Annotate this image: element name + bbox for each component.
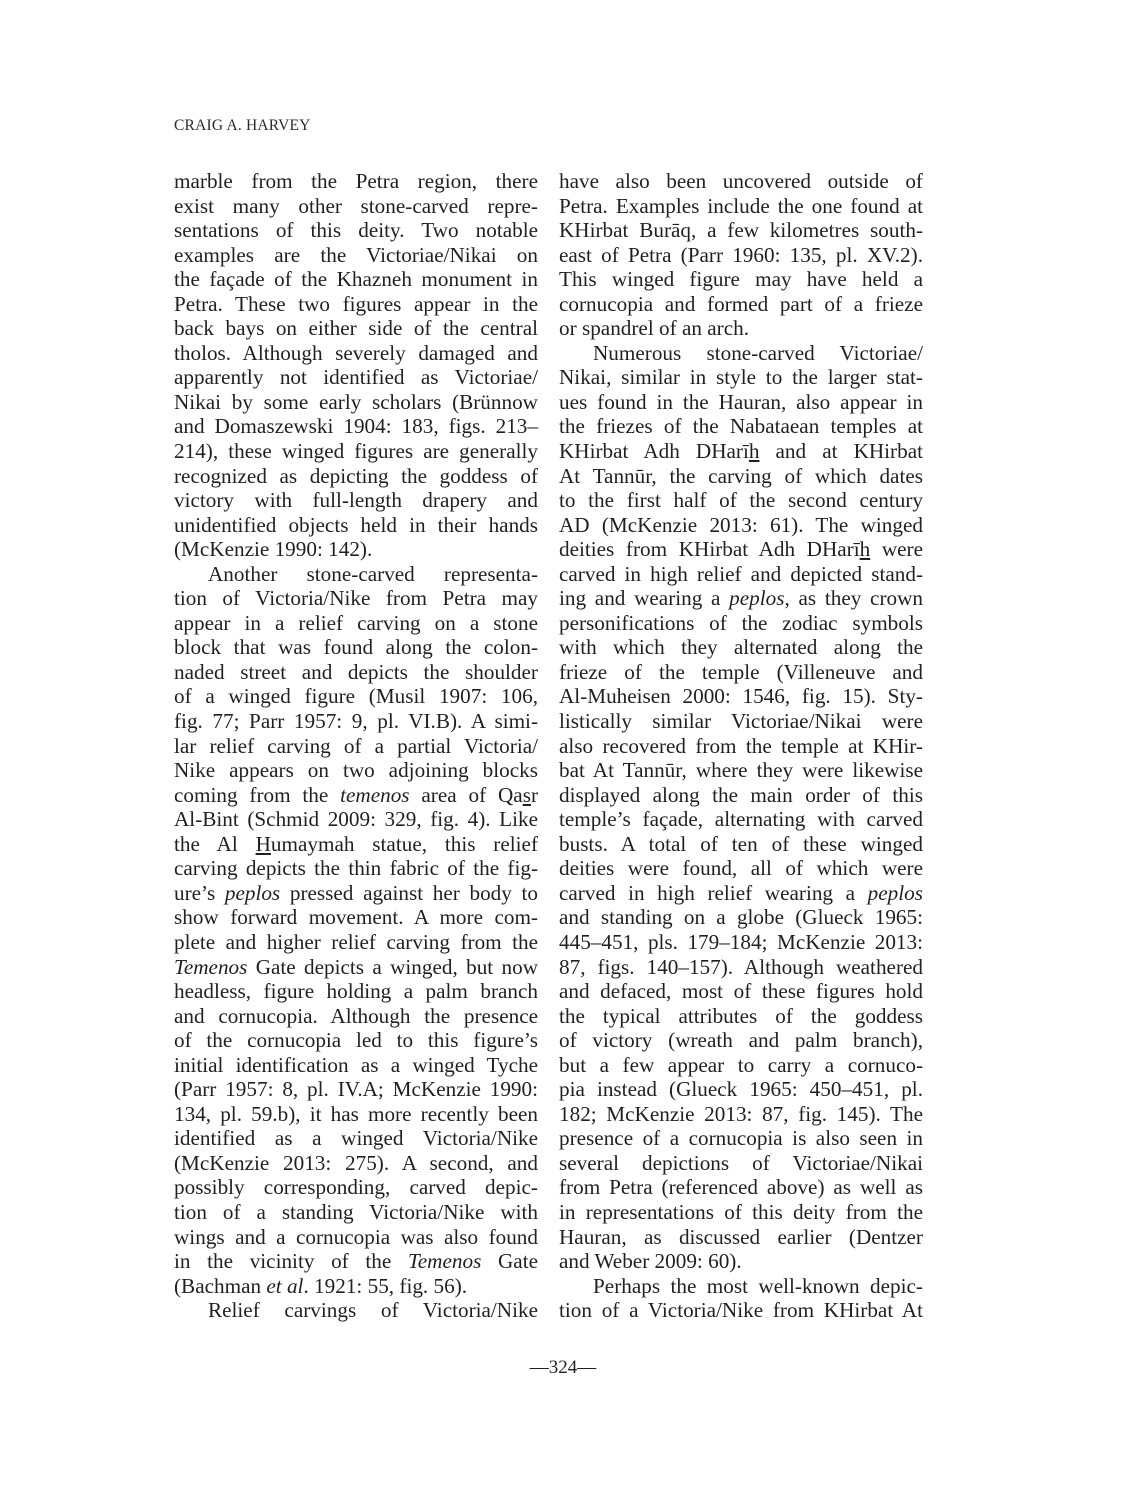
text-line: pia instead (Glueck 1965: 450–451, pl.: [559, 1077, 923, 1102]
text-line: unidentified objects held in their hands: [174, 513, 538, 538]
text-line: ues found in the Hauran, also appear in: [559, 390, 923, 415]
text-line: of a winged figure (Musil 1907: 106,: [174, 684, 538, 709]
text-line: apparently not identified as Victoriae/: [174, 365, 538, 390]
text-line: victory with full-length drapery and: [174, 488, 538, 513]
text-line: displayed along the main order of this: [559, 783, 923, 808]
text-line: tholos. Although severely damaged and: [174, 341, 538, 366]
text-line: wings and a cornucopia was also found: [174, 1225, 538, 1250]
text-line: coming from the temenos area of Qasr: [174, 783, 538, 808]
text-line: east of Petra (Parr 1960: 135, pl. XV.2)…: [559, 243, 923, 268]
italic-term: Temenos: [408, 1249, 481, 1273]
text-line: listically similar Victoriae/Nikai were: [559, 709, 923, 734]
text-line: of the cornucopia led to this figure’s: [174, 1028, 538, 1053]
text-line: presence of a cornucopia is also seen in: [559, 1126, 923, 1151]
text-line: identified as a winged Victoria/Nike: [174, 1126, 538, 1151]
text-line: Relief carvings of Victoria/Nike: [174, 1298, 538, 1323]
text-line: Petra. Examples include the one found at: [559, 194, 923, 219]
text-line: 214), these winged figures are generally: [174, 439, 538, 464]
text-line: busts. A total of ten of these winged: [559, 832, 923, 857]
text-line: Hauran, as discussed earlier (Dentzer: [559, 1225, 923, 1250]
text-line: tion of Victoria/Nike from Petra may: [174, 586, 538, 611]
text-line: 182; McKenzie 2013: 87, fig. 145). The: [559, 1102, 923, 1127]
text-line: and Domaszewski 1904: 183, figs. 213–: [174, 414, 538, 439]
text-line: recognized as depicting the goddess of: [174, 464, 538, 489]
text-line: but a few appear to carry a cornuco-: [559, 1053, 923, 1078]
text-line: initial identification as a winged Tyche: [174, 1053, 538, 1078]
text-line: headless, figure holding a palm branch: [174, 979, 538, 1004]
text-line: with which they alternated along the: [559, 635, 923, 660]
text-line: KHirbat Adh DHarīh and at KHirbat: [559, 439, 923, 464]
left-text-column: marble from the Petra region, thereexist…: [174, 169, 538, 1323]
page-number: —324—: [0, 1357, 1126, 1379]
text-line: Nikai by some early scholars (Brünnow: [174, 390, 538, 415]
text-line: of victory (wreath and palm branch),: [559, 1028, 923, 1053]
text-line: ure’s peplos pressed against her body to: [174, 881, 538, 906]
text-line: to the first half of the second century: [559, 488, 923, 513]
text-line: Al-Bint (Schmid 2009: 329, fig. 4). Like: [174, 807, 538, 832]
text-line: (Bachman et al. 1921: 55, fig. 56).: [174, 1274, 538, 1299]
text-line: ing and wearing a peplos, as they crown: [559, 586, 923, 611]
text-line: back bays on either side of the central: [174, 316, 538, 341]
text-line: in representations of this deity from th…: [559, 1200, 923, 1225]
text-line: Temenos Gate depicts a winged, but now: [174, 955, 538, 980]
text-line: appear in a relief carving on a stone: [174, 611, 538, 636]
text-line: Perhaps the most well-known depic-: [559, 1274, 923, 1299]
text-line: (McKenzie 1990: 142).: [174, 537, 538, 562]
text-line: 445–451, pls. 179–184; McKenzie 2013:: [559, 930, 923, 955]
text-line: carved in high relief and depicted stand…: [559, 562, 923, 587]
text-line: deities were found, all of which were: [559, 856, 923, 881]
text-line: and standing on a globe (Glueck 1965:: [559, 905, 923, 930]
text-line: deities from KHirbat Adh DHarīh were: [559, 537, 923, 562]
text-line: This winged figure may have held a: [559, 267, 923, 292]
text-line: plete and higher relief carving from the: [174, 930, 538, 955]
text-line: and cornucopia. Although the presence: [174, 1004, 538, 1029]
text-line: and defaced, most of these figures hold: [559, 979, 923, 1004]
text-line: possibly corresponding, carved depic-: [174, 1175, 538, 1200]
text-line: in the vicinity of the Temenos Gate: [174, 1249, 538, 1274]
text-line: and Weber 2009: 60).: [559, 1249, 923, 1274]
text-line: cornucopia and formed part of a frieze: [559, 292, 923, 317]
italic-term: peplos: [729, 586, 784, 610]
text-line: exist many other stone-carved repre-: [174, 194, 538, 219]
text-line: temple’s façade, alternating with carved: [559, 807, 923, 832]
text-line: Petra. These two figures appear in the: [174, 292, 538, 317]
text-line: At Tannūr, the carving of which dates: [559, 464, 923, 489]
text-line: 87, figs. 140–157). Although weathered: [559, 955, 923, 980]
text-line: several depictions of Victoriae/Nikai: [559, 1151, 923, 1176]
text-line: from Petra (referenced above) as well as: [559, 1175, 923, 1200]
text-line: Al-Muheisen 2000: 1546, fig. 15). Sty-: [559, 684, 923, 709]
text-line: examples are the Victoriae/Nikai on: [174, 243, 538, 268]
text-line: have also been uncovered outside of: [559, 169, 923, 194]
text-line: the Al Humaymah statue, this relief: [174, 832, 538, 857]
text-line: tion of a Victoria/Nike from KHirbat At: [559, 1298, 923, 1323]
text-line: (Parr 1957: 8, pl. IV.A; McKenzie 1990:: [174, 1077, 538, 1102]
text-line: sentations of this deity. Two notable: [174, 218, 538, 243]
text-line: the typical attributes of the goddess: [559, 1004, 923, 1029]
text-line: block that was found along the colon-: [174, 635, 538, 660]
text-line: bat At Tannūr, where they were likewise: [559, 758, 923, 783]
text-line: the façade of the Khazneh monument in: [174, 267, 538, 292]
text-line: naded street and depicts the shoulder: [174, 660, 538, 685]
text-line: AD (McKenzie 2013: 61). The winged: [559, 513, 923, 538]
text-line: Nike appears on two adjoining blocks: [174, 758, 538, 783]
text-line: the friezes of the Nabataean temples at: [559, 414, 923, 439]
italic-term: peplos: [225, 881, 280, 905]
text-line: or spandrel of an arch.: [559, 316, 923, 341]
text-line: show forward movement. A more com-: [174, 905, 538, 930]
italic-term: Temenos: [174, 955, 247, 979]
transliteration-underline: s: [523, 783, 531, 807]
running-head-author: CRAIG A. HARVEY: [174, 117, 311, 135]
text-line: personifications of the zodiac symbols: [559, 611, 923, 636]
text-line: carved in high relief wearing a peplos: [559, 881, 923, 906]
text-line: lar relief carving of a partial Victoria…: [174, 734, 538, 759]
text-line: Another stone-carved representa-: [174, 562, 538, 587]
transliteration-underline: h: [860, 537, 871, 561]
text-line: carving depicts the thin fabric of the f…: [174, 856, 538, 881]
text-line: marble from the Petra region, there: [174, 169, 538, 194]
text-line: fig. 77; Parr 1957: 9, pl. VI.B). A simi…: [174, 709, 538, 734]
text-line: (McKenzie 2013: 275). A second, and: [174, 1151, 538, 1176]
italic-term: et al: [266, 1274, 303, 1298]
italic-term: peplos: [868, 881, 923, 905]
italic-term: temenos: [340, 783, 409, 807]
text-line: KHirbat Burāq, a few kilometres south-: [559, 218, 923, 243]
text-line: Nikai, similar in style to the larger st…: [559, 365, 923, 390]
text-line: frieze of the temple (Villeneuve and: [559, 660, 923, 685]
text-line: Numerous stone-carved Victoriae/: [559, 341, 923, 366]
right-text-column: have also been uncovered outside ofPetra…: [559, 169, 923, 1323]
text-line: also recovered from the temple at KHir-: [559, 734, 923, 759]
transliteration-underline: H: [256, 832, 271, 856]
text-line: tion of a standing Victoria/Nike with: [174, 1200, 538, 1225]
text-line: 134, pl. 59.b), it has more recently bee…: [174, 1102, 538, 1127]
transliteration-underline: h: [749, 439, 760, 463]
